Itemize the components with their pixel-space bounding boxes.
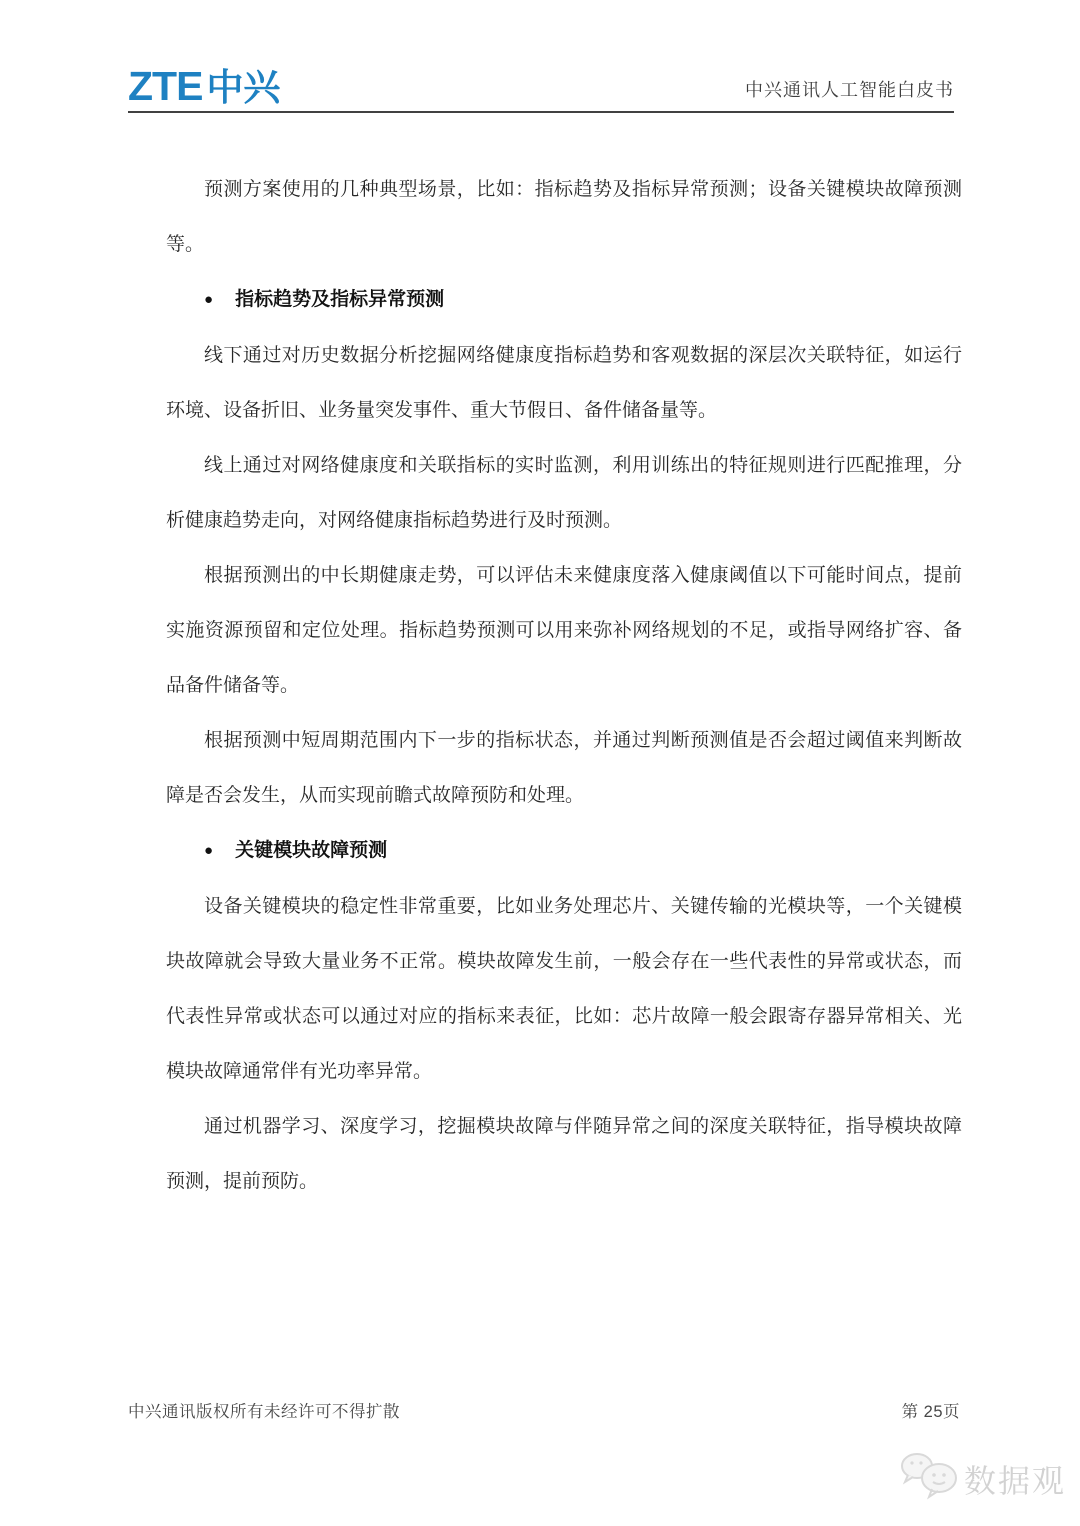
zte-logo-en: ZTE [128,66,202,107]
bullet-heading: ● 指标趋势及指标异常预测 [166,272,962,328]
paragraph: 根据预测中短周期范围内下一步的指标状态，并通过判断预测值是否会超过阈值来判断故障… [166,713,962,823]
document-page: ZTE 中兴 中兴通讯人工智能白皮书 预测方案使用的几种典型场景，比如：指标趋势… [0,0,1080,1526]
page-footer: 中兴通讯版权所有未经许可不得扩散 第 25页 [128,1398,960,1422]
wechat-bubbles-icon [898,1450,960,1507]
zte-logo: ZTE 中兴 [128,66,280,111]
paragraph: 通过机器学习、深度学习，挖掘模块故障与伴随异常之间的深度关联特征，指导模块故障预… [166,1099,962,1209]
bullet-heading-label: 关键模块故障预测 [235,823,387,878]
paragraph: 预测方案使用的几种典型场景，比如：指标趋势及指标异常预测；设备关键模块故障预测等… [166,162,962,272]
bullet-heading-label: 指标趋势及指标异常预测 [235,272,444,327]
bullet-icon: ● [204,823,213,878]
copyright-notice: 中兴通讯版权所有未经许可不得扩散 [128,1398,400,1422]
bullet-heading: ● 关键模块故障预测 [166,823,962,879]
body-content: 预测方案使用的几种典型场景，比如：指标趋势及指标异常预测；设备关键模块故障预测等… [166,162,962,1209]
watermark-label: 数据观 [964,1456,1066,1502]
paragraph: 线下通过对历史数据分析挖掘网络健康度指标趋势和客观数据的深层次关联特征，如运行环… [166,328,962,438]
paragraph: 设备关键模块的稳定性非常重要，比如业务处理芯片、关键传输的光模块等，一个关键模块… [166,879,962,1099]
paragraph: 根据预测出的中长期健康走势，可以评估未来健康度落入健康阈值以下可能时间点，提前实… [166,548,962,713]
page-number: 第 25页 [902,1398,960,1422]
document-title: 中兴通讯人工智能白皮书 [745,76,954,111]
paragraph: 线上通过对网络健康度和关联指标的实时监测，利用训练出的特征规则进行匹配推理，分析… [166,438,962,548]
bullet-icon: ● [204,272,213,327]
page-header: ZTE 中兴 中兴通讯人工智能白皮书 [128,60,954,113]
watermark: 数据观 [898,1450,1066,1507]
zte-logo-cn: 中兴 [206,69,280,106]
